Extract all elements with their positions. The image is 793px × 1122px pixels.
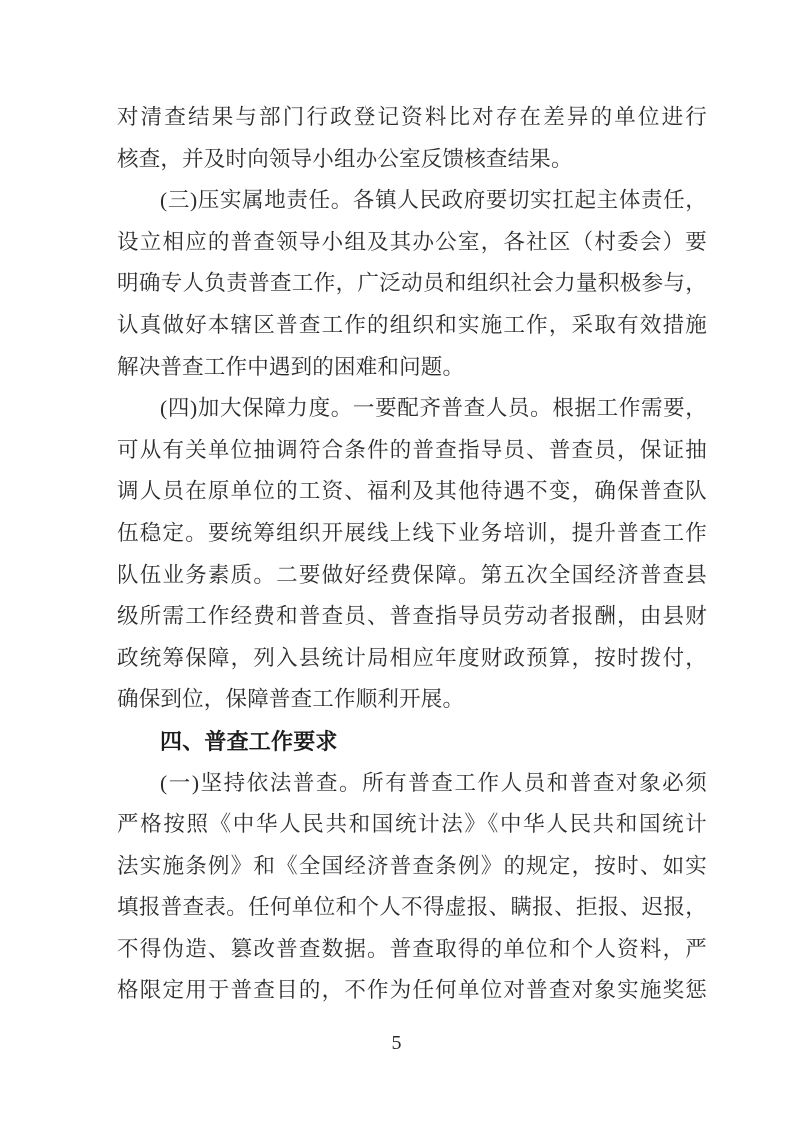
text-line: 核查，并及时向领导小组办公室反馈核查结果。 <box>117 139 707 181</box>
document-body: 对清查结果与部门行政登记资料比对存在差异的单位进行核查，并及时向领导小组办公室反… <box>117 97 707 1012</box>
page-number: 5 <box>0 1033 793 1053</box>
text-line: 政统筹保障，列入县统计局相应年度财政预算，按时拨付， <box>117 638 707 680</box>
text-line: (三)压实属地责任。各镇人民政府要切实扛起主体责任， <box>117 180 707 222</box>
text-line: 明确专人负责普查工作，广泛动员和组织社会力量积极参与， <box>117 263 707 305</box>
text-line: 格限定用于普查目的，不作为任何单位对普查对象实施奖惩 <box>117 970 707 1012</box>
text-line: (一)坚持依法普查。所有普查工作人员和普查对象必须 <box>117 763 707 805</box>
text-line: 认真做好本辖区普查工作的组织和实施工作，采取有效措施 <box>117 305 707 347</box>
text-line: 严格按照《中华人民共和国统计法》《中华人民共和国统计 <box>117 804 707 846</box>
text-line: 调人员在原单位的工资、福利及其他待遇不变，确保普查队 <box>117 471 707 513</box>
text-line: 设立相应的普查领导小组及其办公室，各社区（村委会）要 <box>117 222 707 264</box>
text-line: 级所需工作经费和普查员、普查指导员劳动者报酬，由县财 <box>117 596 707 638</box>
text-line: (四)加大保障力度。一要配齐普查人员。根据工作需要， <box>117 388 707 430</box>
text-line: 确保到位，保障普查工作顺利开展。 <box>117 679 707 721</box>
text-line: 不得伪造、篡改普查数据。普查取得的单位和个人资料，严 <box>117 929 707 971</box>
text-line: 填报普查表。任何单位和个人不得虚报、瞒报、拒报、迟报， <box>117 887 707 929</box>
text-line: 伍稳定。要统筹组织开展线上线下业务培训，提升普查工作 <box>117 513 707 555</box>
text-line: 队伍业务素质。二要做好经费保障。第五次全国经济普查县 <box>117 555 707 597</box>
text-line: 解决普查工作中遇到的困难和问题。 <box>117 347 707 389</box>
text-line: 法实施条例》和《全国经济普查条例》的规定，按时、如实 <box>117 846 707 888</box>
text-line: 可从有关单位抽调符合条件的普查指导员、普查员，保证抽 <box>117 430 707 472</box>
text-line: 对清查结果与部门行政登记资料比对存在差异的单位进行 <box>117 97 707 139</box>
document-page: 对清查结果与部门行政登记资料比对存在差异的单位进行核查，并及时向领导小组办公室反… <box>0 0 793 1122</box>
section-heading: 四、普查工作要求 <box>117 721 707 763</box>
